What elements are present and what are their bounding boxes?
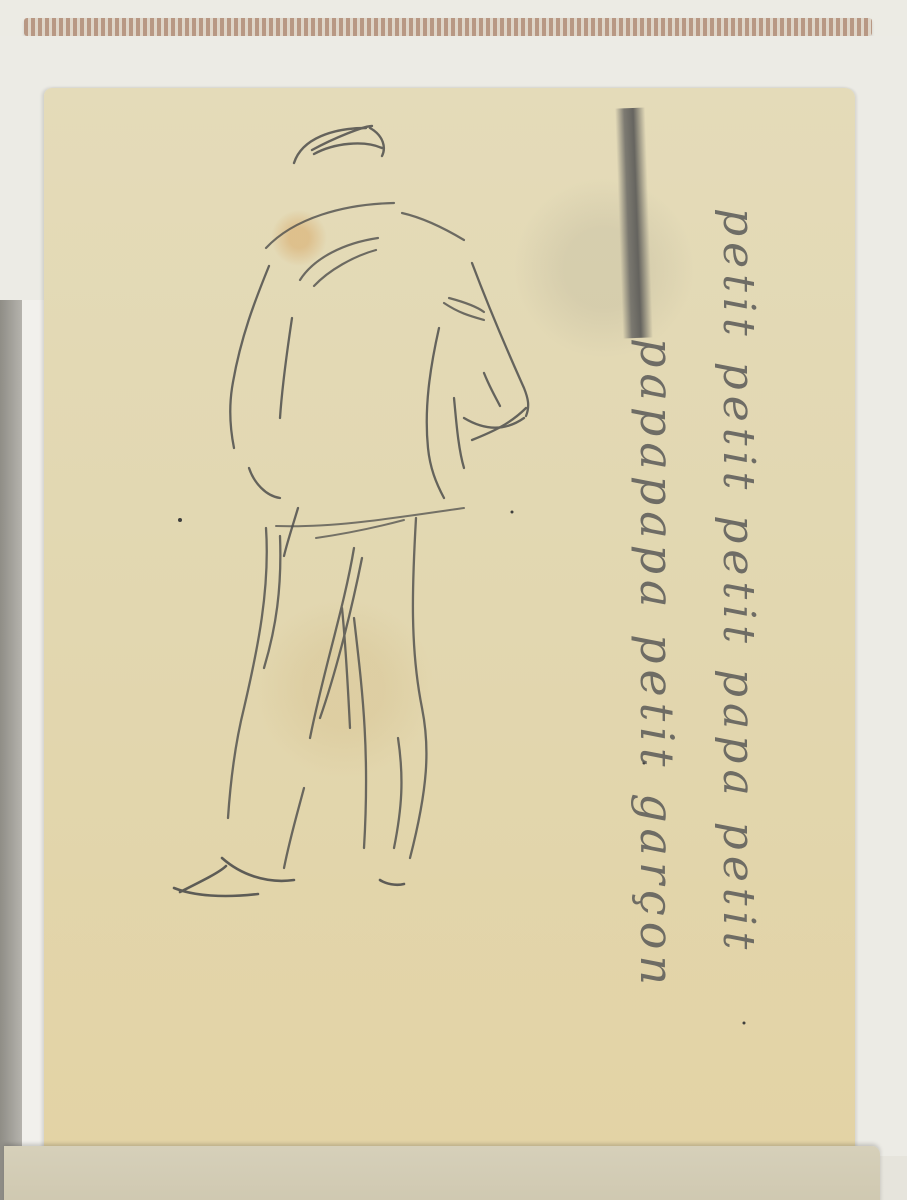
jacket-strokes — [230, 263, 528, 556]
album-edge-strip — [22, 300, 46, 1150]
handwritten-line-2: papapapa petit garçon — [630, 338, 684, 991]
spiral-binding — [24, 18, 872, 36]
shoulder-strokes — [266, 203, 484, 320]
album-edge-shadow — [0, 300, 22, 1200]
feet-strokes — [174, 858, 404, 896]
handwritten-line-1: petit petit petit papa petit — [713, 208, 764, 955]
next-page-edge — [4, 1146, 880, 1200]
waist-strokes — [276, 508, 464, 538]
cap-strokes — [294, 126, 384, 163]
sketchbook-page: petit petit petit papa petit papapapa pe… — [44, 88, 855, 1148]
trouser-strokes — [228, 518, 426, 868]
